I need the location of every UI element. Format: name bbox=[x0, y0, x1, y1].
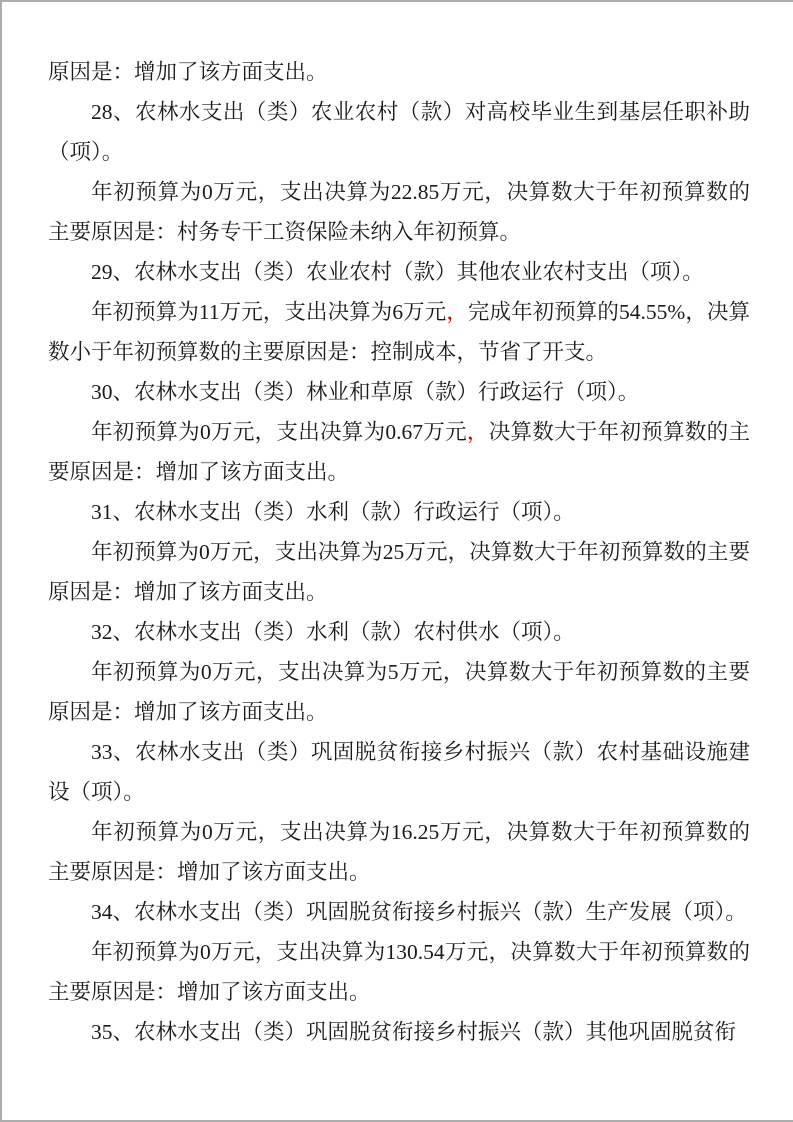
document-paragraph: 35、农林水支出（类）巩固脱贫衔接乡村振兴（款）其他巩固脱贫衔 bbox=[48, 1012, 750, 1052]
text-segment: 29、农林水支出（类）农业农村（款）其他农业农村支出（项）。 bbox=[91, 260, 704, 284]
document-paragraph: 年初预算为0万元，支出决算为130.54万元，决算数大于年初预算数的主要原因是：… bbox=[48, 932, 750, 1012]
text-segment: 年初预算为0万元，支出决算为0.67万元 bbox=[91, 420, 467, 444]
document-paragraph: 年初预算为0万元，支出决算为0.67万元，决算数大于年初预算数的主要原因是：增加… bbox=[48, 412, 750, 492]
red-comma: ， bbox=[446, 300, 468, 324]
text-segment: 年初预算为0万元，支出决算为5万元，决算数大于年初预算数的主要原因是：增加了该方… bbox=[48, 660, 750, 724]
document-paragraph: 30、农林水支出（类）林业和草原（款）行政运行（项）。 bbox=[48, 372, 750, 412]
text-segment: 原因是：增加了该方面支出。 bbox=[48, 60, 328, 84]
red-comma: ， bbox=[467, 420, 489, 444]
text-segment: 30、农林水支出（类）林业和草原（款）行政运行（项）。 bbox=[91, 380, 639, 404]
document-paragraph: 年初预算为0万元，支出决算为5万元，决算数大于年初预算数的主要原因是：增加了该方… bbox=[48, 652, 750, 732]
document-paragraph: 28、农林水支出（类）农业农村（款）对高校毕业生到基层任职补助（项）。 bbox=[48, 92, 750, 172]
text-segment: 32、农林水支出（类）水利（款）农村供水（项）。 bbox=[91, 620, 575, 644]
document-paragraph: 年初预算为0万元，支出决算为22.85万元，决算数大于年初预算数的主要原因是：村… bbox=[48, 172, 750, 252]
document-paragraph: 32、农林水支出（类）水利（款）农村供水（项）。 bbox=[48, 612, 750, 652]
text-segment: 年初预算为0万元，支出决算为130.54万元，决算数大于年初预算数的主要原因是：… bbox=[48, 940, 750, 1004]
text-segment: 31、农林水支出（类）水利（款）行政运行（项）。 bbox=[91, 500, 575, 524]
text-segment: 33、农林水支出（类）巩固脱贫衔接乡村振兴（款）农村基础设施建设（项）。 bbox=[48, 740, 750, 804]
document-paragraph: 33、农林水支出（类）巩固脱贫衔接乡村振兴（款）农村基础设施建设（项）。 bbox=[48, 732, 750, 812]
document-paragraph: 年初预算为0万元，支出决算为25万元，决算数大于年初预算数的主要原因是：增加了该… bbox=[48, 532, 750, 612]
document-paragraph: 原因是：增加了该方面支出。 bbox=[48, 52, 750, 92]
document-paragraph: 年初预算为11万元，支出决算为6万元，完成年初预算的54.55%，决算数小于年初… bbox=[48, 292, 750, 372]
document-body: 原因是：增加了该方面支出。28、农林水支出（类）农业农村（款）对高校毕业生到基层… bbox=[48, 52, 750, 1052]
document-paragraph: 年初预算为0万元，支出决算为16.25万元，决算数大于年初预算数的主要原因是：增… bbox=[48, 812, 750, 892]
text-segment: 年初预算为0万元，支出决算为16.25万元，决算数大于年初预算数的主要原因是：增… bbox=[48, 820, 750, 884]
document-paragraph: 31、农林水支出（类）水利（款）行政运行（项）。 bbox=[48, 492, 750, 532]
text-segment: 34、农林水支出（类）巩固脱贫衔接乡村振兴（款）生产发展（项）。 bbox=[91, 900, 747, 924]
text-segment: 年初预算为11万元，支出决算为6万元 bbox=[91, 300, 446, 324]
text-segment: 年初预算为0万元，支出决算为25万元，决算数大于年初预算数的主要原因是：增加了该… bbox=[48, 540, 750, 604]
text-segment: 35、农林水支出（类）巩固脱贫衔接乡村振兴（款）其他巩固脱贫衔 bbox=[91, 1020, 736, 1044]
text-segment: 年初预算为0万元，支出决算为22.85万元，决算数大于年初预算数的主要原因是：村… bbox=[48, 180, 750, 244]
document-paragraph: 34、农林水支出（类）巩固脱贫衔接乡村振兴（款）生产发展（项）。 bbox=[48, 892, 750, 932]
document-page: 原因是：增加了该方面支出。28、农林水支出（类）农业农村（款）对高校毕业生到基层… bbox=[0, 0, 793, 1122]
document-paragraph: 29、农林水支出（类）农业农村（款）其他农业农村支出（项）。 bbox=[48, 252, 750, 292]
text-segment: 28、农林水支出（类）农业农村（款）对高校毕业生到基层任职补助（项）。 bbox=[48, 100, 750, 164]
